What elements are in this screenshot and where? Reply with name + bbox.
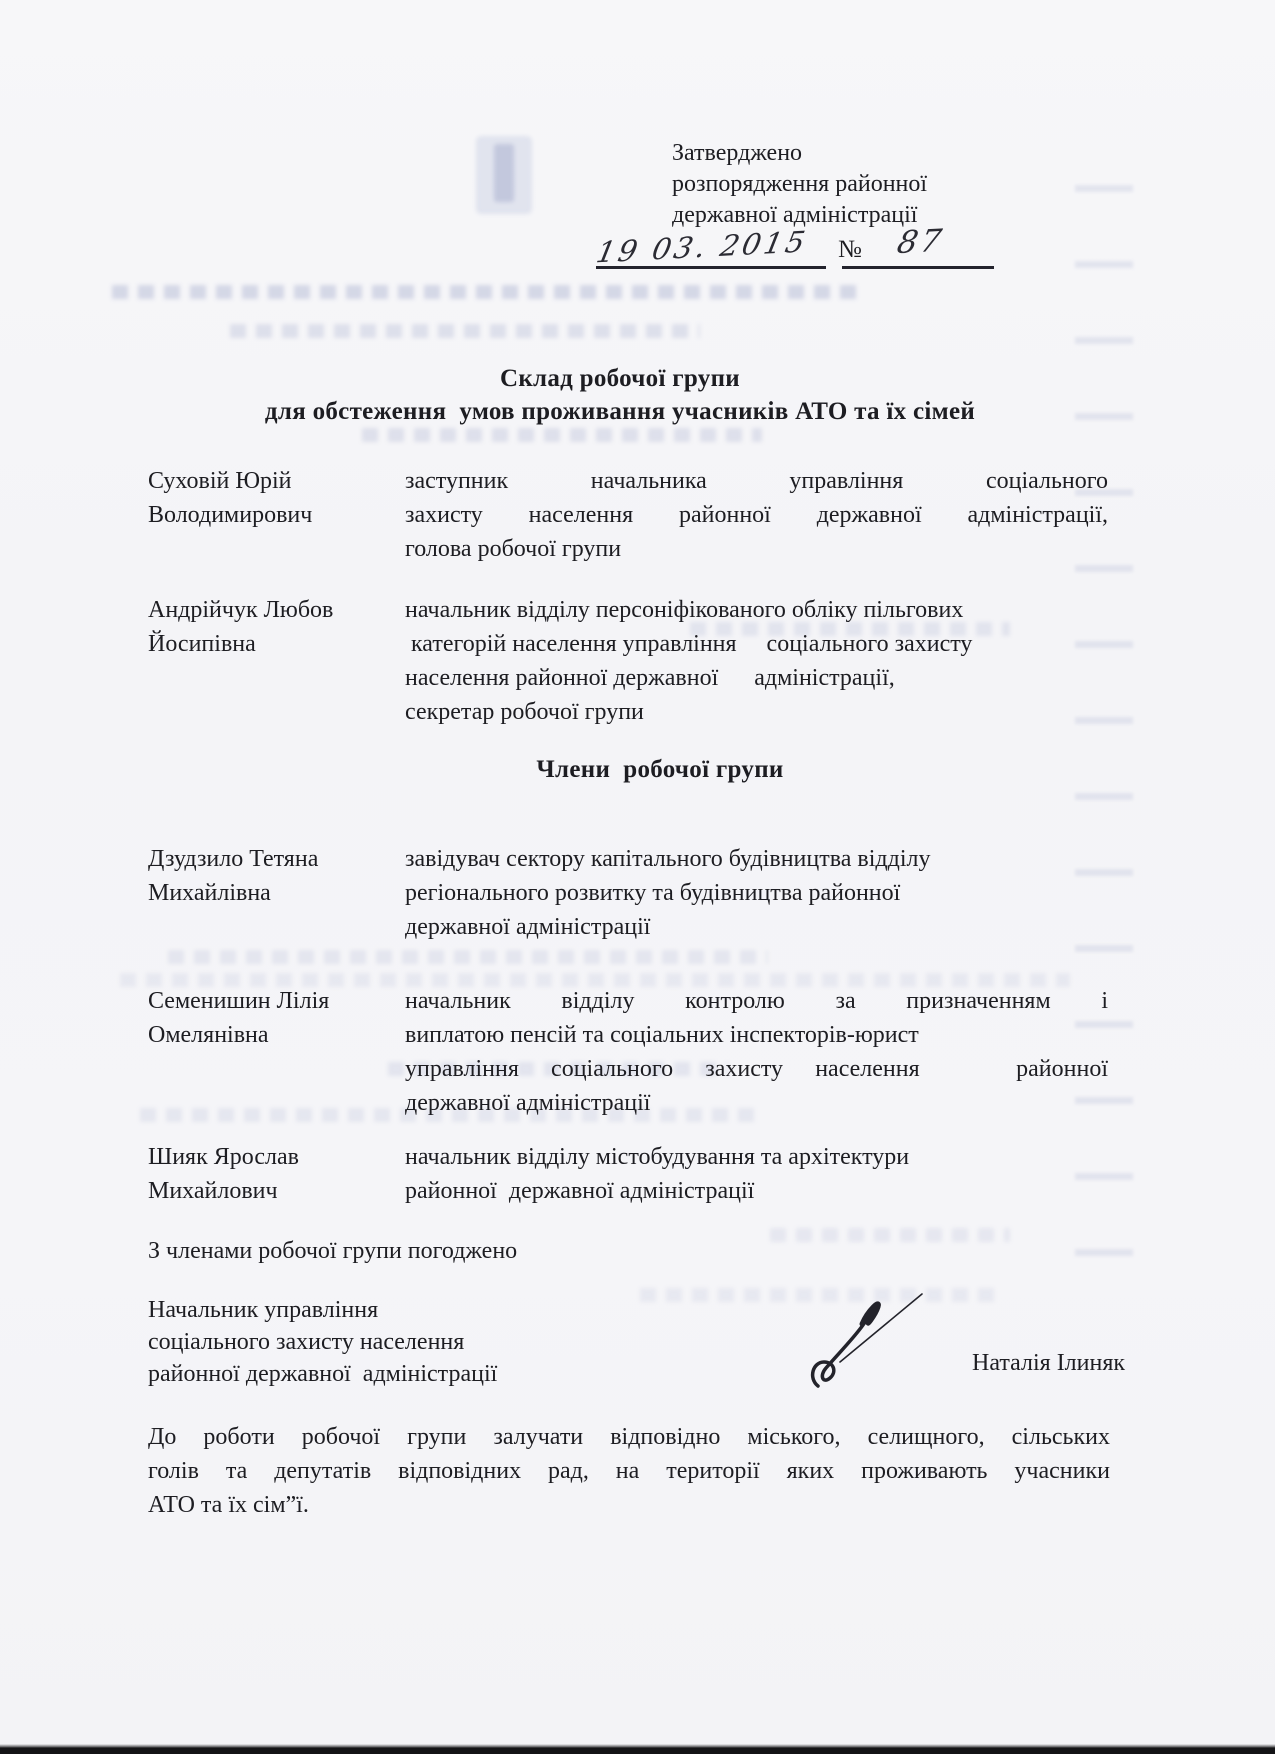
agreed-note: З членами робочої групи погоджено bbox=[148, 1238, 517, 1265]
handwritten-date: 19 03. 2015 bbox=[593, 225, 810, 270]
member-role-line: населення районної державної адміністрац… bbox=[405, 661, 1108, 695]
signoff-title-line: Начальник управління bbox=[148, 1294, 497, 1326]
member-role-line: категорій населення управління соціально… bbox=[405, 627, 1108, 661]
member-role-line: виплатою пенсій та соціальних інспекторі… bbox=[405, 1018, 1108, 1052]
bleedthrough-text bbox=[770, 1228, 1010, 1242]
date-underline bbox=[596, 266, 826, 269]
approval-line: Затверджено bbox=[672, 138, 927, 169]
member-role-line: секретар робочої групи bbox=[405, 695, 1108, 729]
document-title: Склад робочої групи для обстеження умов … bbox=[55, 362, 1185, 428]
number-sign: № bbox=[838, 236, 862, 264]
member-role-line: заступник начальника управління соціальн… bbox=[405, 464, 1108, 498]
member-role-line: районної державної адміністрації bbox=[405, 1174, 1108, 1208]
member-role-line: голова робочої групи bbox=[405, 532, 1108, 566]
approval-line: розпорядження районної bbox=[672, 169, 927, 200]
footer-paragraph-line: АТО та їх сім”ї. bbox=[148, 1488, 1110, 1522]
member-name-line: Суховій Юрій bbox=[148, 464, 405, 498]
letterhead-bleedthrough-text bbox=[112, 285, 860, 299]
member-name-line: Михайлович bbox=[148, 1174, 405, 1208]
scanned-document-page: Затверджено розпорядження районної держа… bbox=[0, 0, 1275, 1754]
member-name-line: Володимирович bbox=[148, 498, 405, 532]
scan-bottom-edge bbox=[0, 1744, 1275, 1754]
member-role-line: завідувач сектору капітального будівницт… bbox=[405, 842, 1108, 876]
member-name-line: Андрійчук Любов bbox=[148, 593, 405, 627]
member-name-line: Шияк Ярослав bbox=[148, 1140, 405, 1174]
approval-block: Затверджено розпорядження районної держа… bbox=[672, 138, 927, 231]
member-role-line: державної адміністрації bbox=[405, 910, 1108, 944]
footer-paragraph: До роботи робочої групи залучати відпові… bbox=[148, 1420, 1110, 1522]
member-entry: Шияк Ярослав Михайлович начальник відділ… bbox=[148, 1140, 1108, 1208]
member-name-line: Омелянівна bbox=[148, 1018, 405, 1052]
bleedthrough-text bbox=[168, 950, 768, 964]
member-name-line: Дзудзило Тетяна bbox=[148, 842, 405, 876]
member-name-line: Михайлівна bbox=[148, 876, 405, 910]
signoff-title-line: районної державної адміністрації bbox=[148, 1358, 497, 1390]
member-entry: Семенишин Лілія Омелянівна начальник від… bbox=[148, 984, 1108, 1120]
member-role-line: начальник відділу персоніфікованого облі… bbox=[405, 593, 1108, 627]
signer-name: Наталія Ілиняк bbox=[972, 1350, 1125, 1377]
member-entry: Суховій Юрій Володимирович заступник нач… bbox=[148, 464, 1108, 566]
members-heading: Члени робочої групи bbox=[95, 756, 1225, 784]
footer-paragraph-line: голів та депутатів відповідних рад, на т… bbox=[148, 1454, 1110, 1488]
member-name-line: Йосипівна bbox=[148, 627, 405, 661]
coat-of-arms-bleedthrough-icon bbox=[476, 136, 532, 214]
handwritten-number: 87 bbox=[894, 223, 947, 261]
bleedthrough-text bbox=[362, 428, 762, 442]
member-role-line: захисту населення районної державної адм… bbox=[405, 498, 1108, 532]
member-role-line: державної адміністрації bbox=[405, 1086, 1108, 1120]
member-role-line: регіонального розвитку та будівництва ра… bbox=[405, 876, 1108, 910]
handwritten-signature-mark bbox=[810, 1288, 928, 1401]
document-title-line: для обстеження умов проживання учасників… bbox=[55, 395, 1185, 428]
footer-paragraph-line: До роботи робочої групи залучати відпові… bbox=[148, 1420, 1110, 1454]
member-entry: Дзудзило Тетяна Михайлівна завідувач сек… bbox=[148, 842, 1108, 944]
member-name-line: Семенишин Лілія bbox=[148, 984, 405, 1018]
member-entry: Андрійчук Любов Йосипівна начальник відд… bbox=[148, 593, 1108, 729]
member-role-line: начальник відділу містобудування та архі… bbox=[405, 1140, 1108, 1174]
member-role-line: начальник відділу контролю за призначенн… bbox=[405, 984, 1108, 1018]
letterhead-bleedthrough-text bbox=[230, 324, 700, 338]
signoff-title-line: соціального захисту населення bbox=[148, 1326, 497, 1358]
member-role-line: управління соціального захисту населення… bbox=[405, 1052, 1108, 1086]
signoff-title: Начальник управління соціального захисту… bbox=[148, 1294, 497, 1390]
number-underline bbox=[842, 266, 994, 269]
document-title-line: Склад робочої групи bbox=[55, 362, 1185, 395]
